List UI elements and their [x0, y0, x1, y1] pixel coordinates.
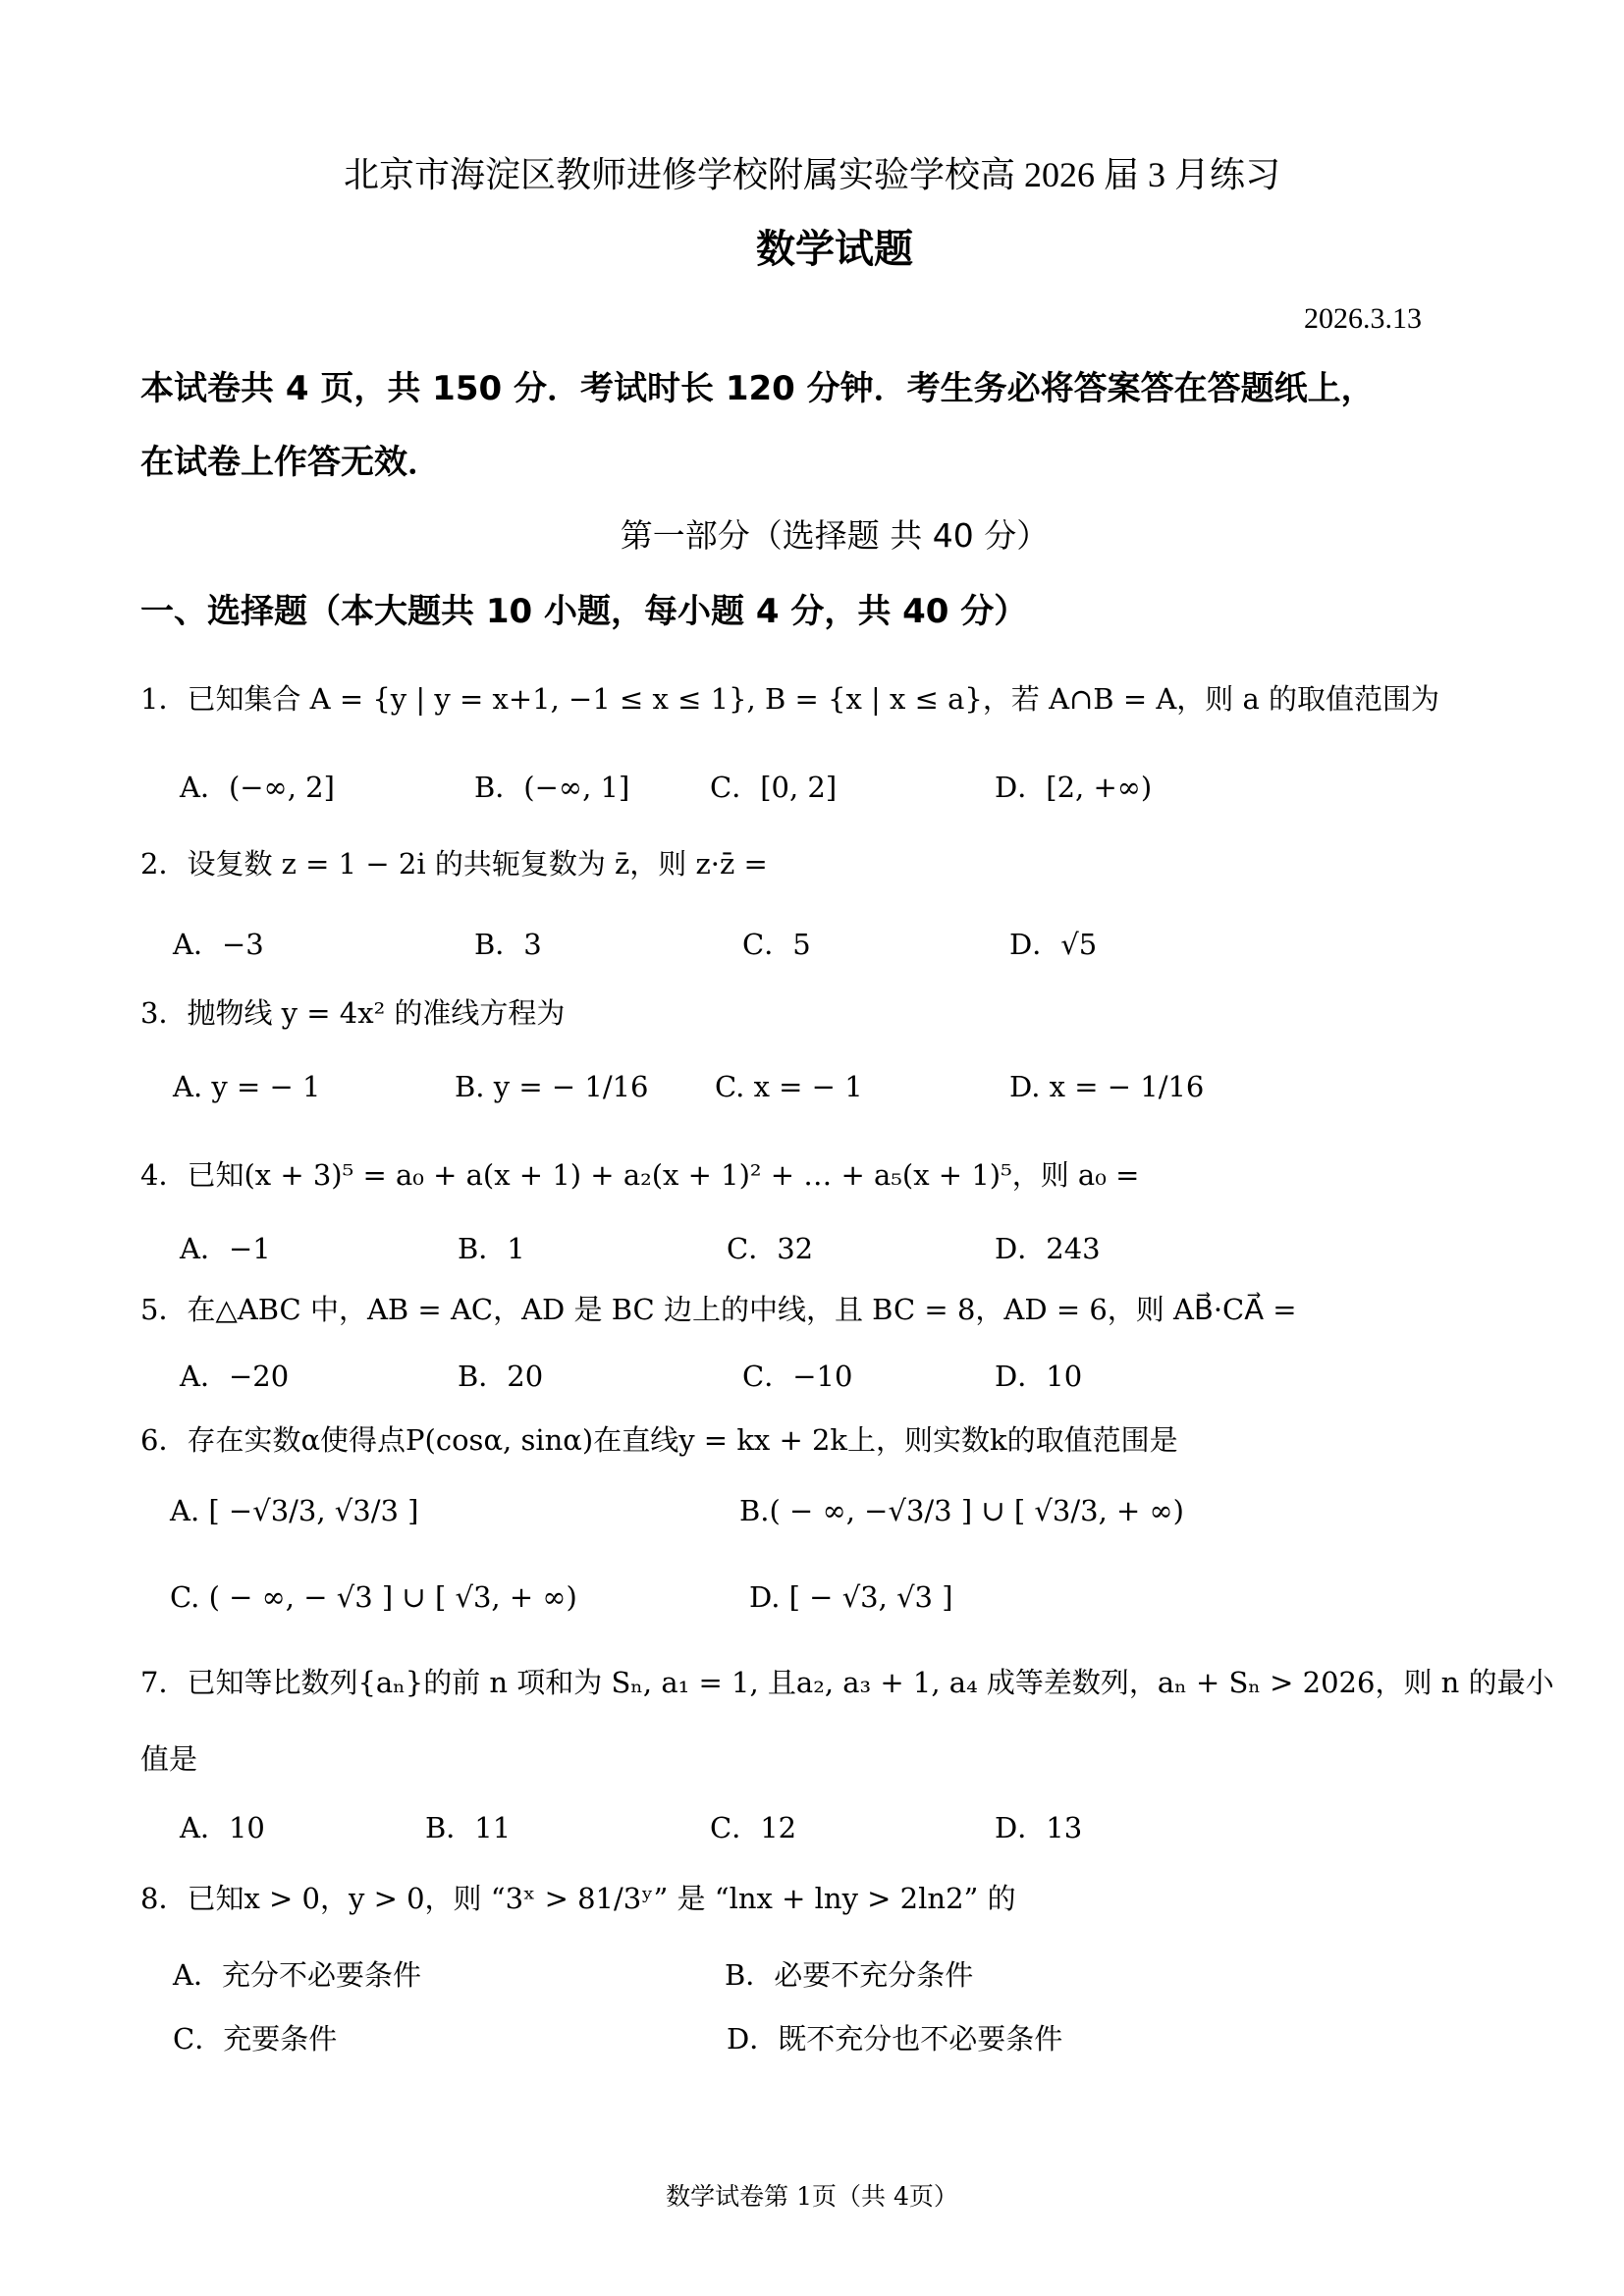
question-1-option-a: A．(−∞, 2] [180, 766, 335, 806]
question-6-option-d: D. [ − √3, √3 ] [749, 1580, 953, 1614]
section-heading: 一、选择题（本大题共 10 小题，每小题 4 分，共 40 分） [140, 584, 1027, 632]
question-2-option-d: D．√5 [1009, 923, 1097, 963]
question-4-option-c: C．32 [727, 1227, 813, 1267]
exam-subtitle: 数学试题 [0, 218, 1624, 274]
question-7-option-a: A．10 [180, 1806, 265, 1846]
question-2-stem: 2．设复数 z = 1 − 2i 的共轭复数为 z̄，则 z·z̄ = [140, 842, 768, 882]
question-5-option-b: B．20 [458, 1355, 543, 1395]
question-6-option-b: B.( − ∞, −√3/3 ] ∪ [ √3/3, + ∞) [739, 1494, 1184, 1527]
question-7-stem-line-1: 7．已知等比数列{aₙ}的前 n 项和为 Sₙ, a₁ = 1, 且a₂, a₃… [140, 1661, 1554, 1701]
question-6-option-a: A. [ −√3/3, √3/3 ] [170, 1494, 418, 1527]
question-1-option-d: D．[2, +∞) [995, 766, 1152, 806]
question-4-option-d: D．243 [995, 1227, 1101, 1267]
instructions-line-2: 在试卷上作答无效． [140, 435, 441, 483]
question-3-option-d: D. x = − 1/16 [1009, 1070, 1204, 1103]
question-4-option-b: B．1 [458, 1227, 525, 1267]
question-5-option-c: C．−10 [742, 1355, 852, 1395]
instructions-line-1: 本试卷共 4 页，共 150 分．考试时长 120 分钟．考生务必将答案答在答题… [140, 361, 1375, 409]
question-7-stem-line-2: 值是 [140, 1737, 197, 1778]
question-5-option-d: D．10 [995, 1355, 1082, 1395]
question-1-option-c: C．[0, 2] [710, 766, 837, 806]
question-8-option-c: C．充要条件 [173, 2017, 337, 2057]
question-3-option-a: A. y = − 1 [173, 1070, 320, 1103]
question-3-option-c: C. x = − 1 [715, 1070, 863, 1103]
question-8-stem: 8．已知x > 0，y > 0，则 “3ˣ > 81/3ʸ” 是 “lnx + … [140, 1877, 1016, 1917]
part-heading: 第一部分（选择题 共 40 分） [0, 510, 1624, 557]
question-2-option-b: B．3 [474, 923, 542, 963]
question-8-option-a: A．充分不必要条件 [173, 1953, 421, 1994]
question-1-stem: 1．已知集合 A = {y | y = x+1, −1 ≤ x ≤ 1}, B … [140, 677, 1439, 718]
question-4-stem: 4．已知(x + 3)⁵ = a₀ + a(x + 1) + a₂(x + 1)… [140, 1153, 1139, 1194]
question-1-option-b: B．(−∞, 1] [474, 766, 629, 806]
question-2-option-c: C．5 [742, 923, 811, 963]
page-footer: 数学试卷第 1页（共 4页） [0, 2177, 1624, 2213]
question-3-stem: 3．抛物线 y = 4x² 的准线方程为 [140, 991, 565, 1032]
question-5-option-a: A．−20 [180, 1355, 289, 1395]
exam-title: 北京市海淀区教师进修学校附属实验学校高 2026 届 3 月练习 [0, 147, 1624, 197]
exam-date: 2026.3.13 [1304, 302, 1422, 336]
question-6-option-c: C. ( − ∞, − √3 ] ∪ [ √3, + ∞) [170, 1580, 577, 1614]
question-7-option-b: B．11 [425, 1806, 511, 1846]
question-6-stem: 6．存在实数α使得点P(cosα, sinα)在直线y = kx + 2k上，则… [140, 1418, 1178, 1459]
question-8-option-d: D．既不充分也不必要条件 [727, 2017, 1062, 2057]
question-8-option-b: B．必要不充分条件 [725, 1953, 973, 1994]
question-2-option-a: A．−3 [173, 923, 264, 963]
question-5-stem: 5．在△ABC 中，AB = AC，AD 是 BC 边上的中线，且 BC = 8… [140, 1288, 1297, 1328]
question-7-option-d: D．13 [995, 1806, 1082, 1846]
question-3-option-b: B. y = − 1/16 [455, 1070, 649, 1103]
question-7-option-c: C．12 [710, 1806, 796, 1846]
question-4-option-a: A．−1 [180, 1227, 271, 1267]
